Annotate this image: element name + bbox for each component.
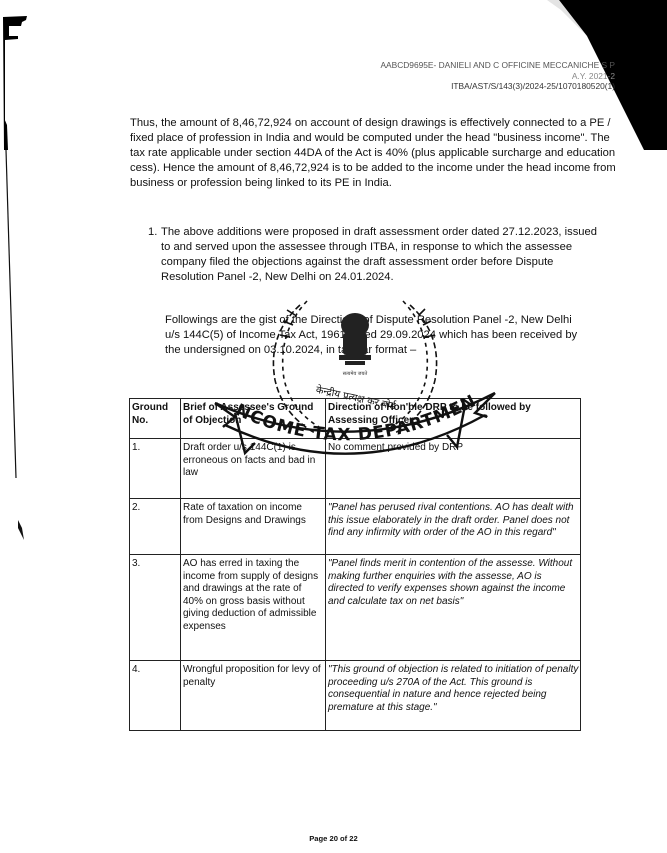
header-direction: Direction of Hon'ble DRP to be followed … (326, 399, 581, 439)
svg-text:सत्यमेव जयते: सत्यमेव जयते (343, 370, 368, 377)
numbered-list-item: 1. The above additions were proposed in … (148, 225, 608, 285)
body-paragraph: Thus, the amount of 8,46,72,924 on accou… (130, 116, 620, 191)
table-header-row: Ground No. Brief of Assessee's Ground of… (130, 399, 581, 439)
drp-directions-table: Ground No. Brief of Assessee's Ground of… (129, 398, 581, 731)
direction-text: "Panel has perused rival contentions. AO… (326, 499, 581, 555)
assessee-line: AABCD9695E- DANIELI AND C OFFICINE MECCA… (380, 60, 615, 71)
objection-text: Wrongful proposition for levy of penalty (181, 661, 326, 731)
scan-edge-artifact (0, 0, 40, 853)
direction-text: "This ground of objection is related to … (326, 661, 581, 731)
direction-text: No comment provided by DRP (326, 439, 581, 499)
page-number: Page 20 of 22 (0, 834, 667, 843)
table-row: 3. AO has erred in taxing the income fro… (130, 555, 581, 661)
assessment-year: A.Y. 2021-2 (380, 71, 615, 82)
gist-paragraph: Followings are the gist of the Direction… (165, 313, 585, 358)
objection-text: Draft order u/s 144C(1) is erroneous on … (181, 439, 326, 499)
reference-number: ITBA/AST/S/143(3)/2024-25/1070180520(1) (380, 81, 615, 92)
table-row: 2. Rate of taxation on income from Desig… (130, 499, 581, 555)
document-header: AABCD9695E- DANIELI AND C OFFICINE MECCA… (380, 60, 615, 92)
ground-number: 2. (130, 499, 181, 555)
table-row: 1. Draft order u/s 144C(1) is erroneous … (130, 439, 581, 499)
ground-number: 3. (130, 555, 181, 661)
objection-text: AO has erred in taxing the income from s… (181, 555, 326, 661)
list-item-number: 1. (148, 225, 157, 240)
list-item-text: The above additions were proposed in dra… (161, 225, 608, 285)
header-objection: Brief of Assessee's Ground of Objection (181, 399, 326, 439)
table-row: 4. Wrongful proposition for levy of pena… (130, 661, 581, 731)
ground-number: 4. (130, 661, 181, 731)
objection-text: Rate of taxation on income from Designs … (181, 499, 326, 555)
direction-text: "Panel finds merit in contention of the … (326, 555, 581, 661)
header-ground-no: Ground No. (130, 399, 181, 439)
ground-number: 1. (130, 439, 181, 499)
